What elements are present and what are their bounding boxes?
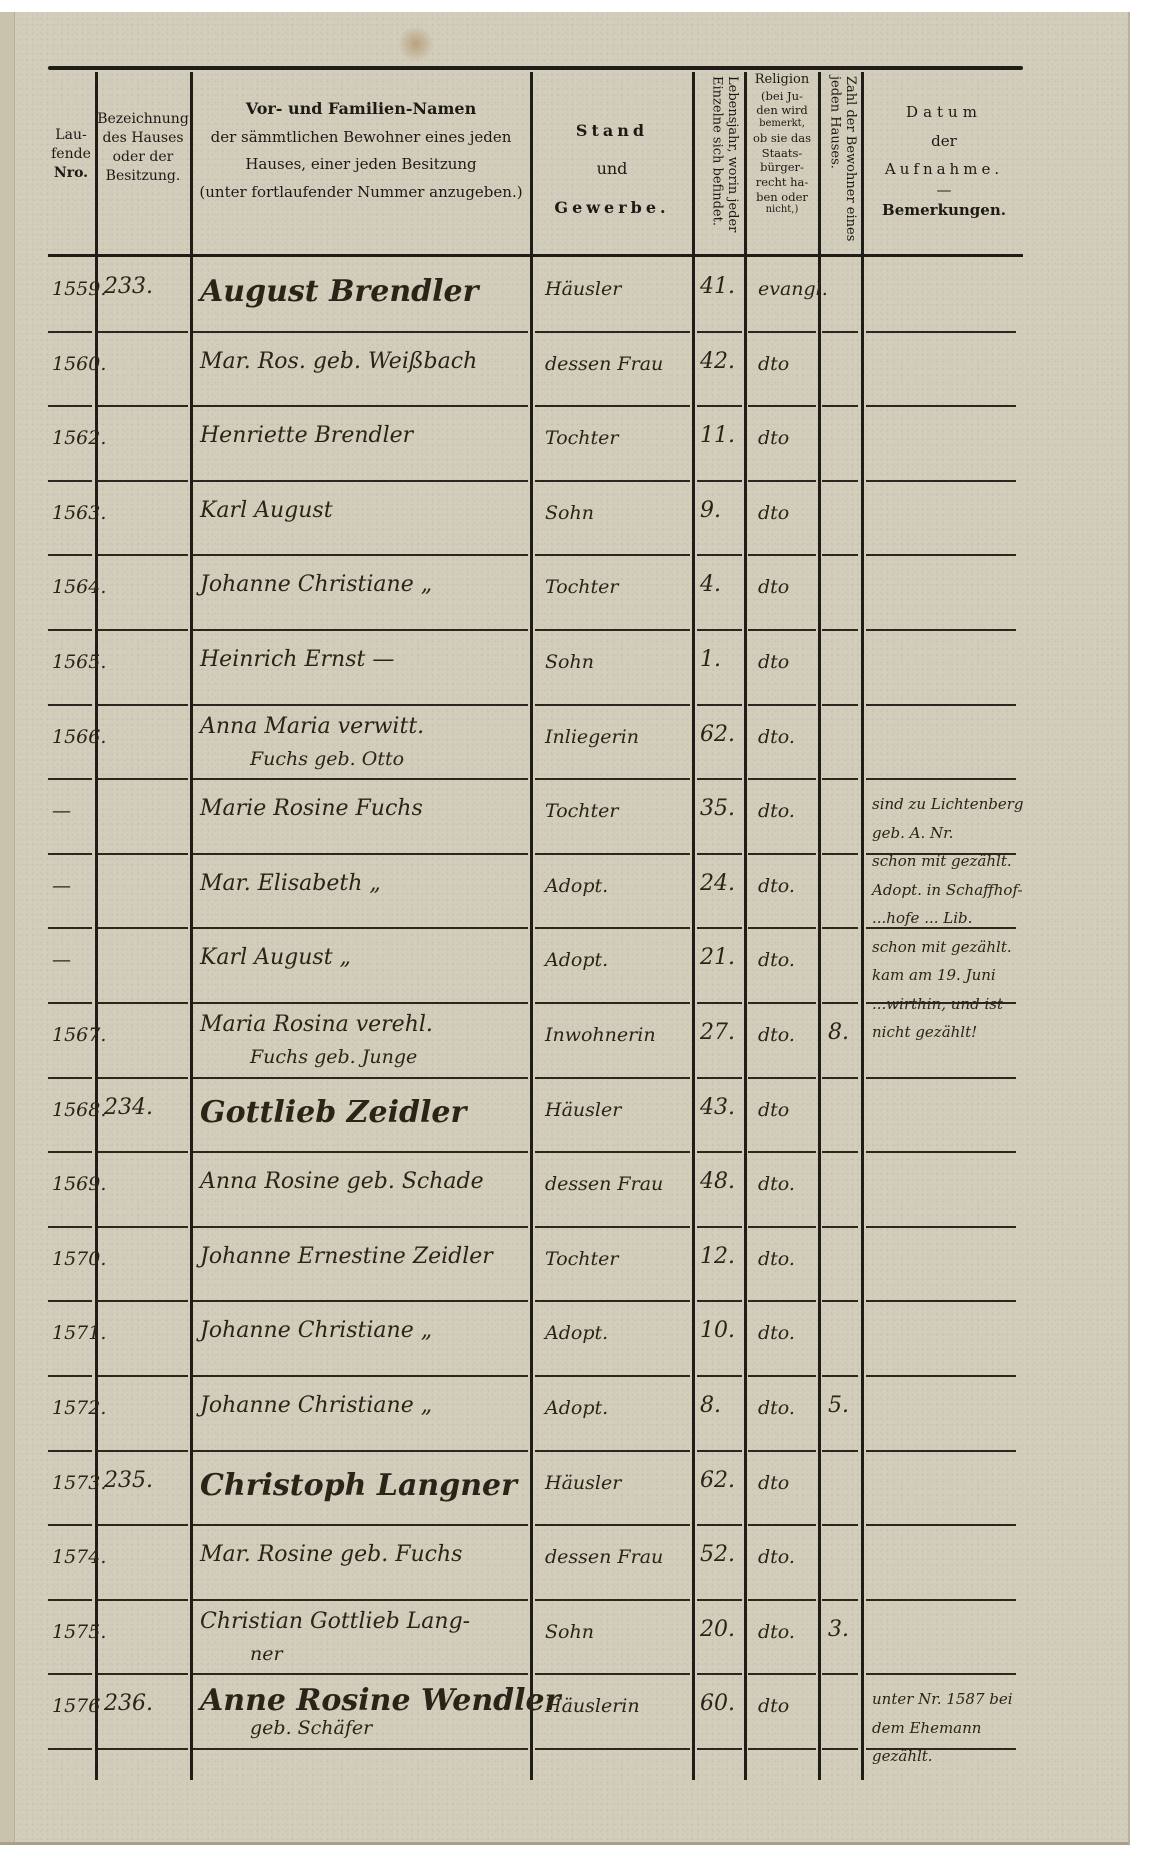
row-rule: [822, 554, 858, 556]
remark-line: schon mit gezählt.: [872, 847, 1024, 876]
row-rule: [98, 927, 188, 929]
row-rule: [822, 480, 858, 482]
age: 21.: [700, 945, 735, 970]
header-text: fende: [48, 145, 94, 164]
row-rule: [822, 1599, 858, 1601]
row-rule: [98, 1673, 188, 1675]
row-rule: [98, 1375, 188, 1377]
row-rule: [48, 554, 92, 556]
row-rule: [193, 1524, 528, 1526]
resident-name-continued: ner: [250, 1643, 283, 1665]
header-text: Lau-: [48, 126, 94, 145]
header-text: Besitzung.: [97, 167, 189, 186]
row-rule: [48, 1375, 92, 1377]
header-namen: Vor- und Familien-Namen der sämmtlichen …: [192, 94, 530, 207]
row-rule: [748, 1002, 816, 1004]
header-text: Staats-: [746, 146, 818, 161]
header-text: den wird: [746, 103, 818, 118]
header-haus: Bezeichnung des Hauses oder der Besitzun…: [97, 110, 189, 186]
religion: evangl.: [758, 278, 828, 300]
row-number: 1562.: [52, 427, 106, 449]
occupation: Tochter: [545, 1248, 618, 1270]
religion: dto.: [758, 1397, 795, 1419]
remark-line: nicht gezählt!: [872, 1018, 1024, 1047]
header-text: Bezeichnung: [97, 110, 189, 129]
row-rule: [866, 480, 1016, 482]
resident-name: Heinrich Ernst —: [200, 647, 394, 672]
row-rule: [822, 778, 858, 780]
resident-name: Mar. Rosine geb. Fuchs: [200, 1542, 462, 1567]
row-rule: [193, 704, 528, 706]
header-text: Stand: [532, 112, 692, 150]
age: 62.: [700, 722, 735, 747]
row-rule: [866, 1375, 1016, 1377]
row-rule: [98, 405, 188, 407]
row-rule: [748, 629, 816, 631]
header-bottom-rule: [48, 254, 1023, 257]
header-text: und: [532, 150, 692, 188]
row-rule: [535, 1226, 690, 1228]
row-rule: [48, 1524, 92, 1526]
row-number: 1576: [52, 1695, 100, 1717]
occupation: Adopt.: [545, 1322, 608, 1344]
row-rule: [535, 1599, 690, 1601]
religion: dto.: [758, 800, 795, 822]
row-rule: [48, 1673, 92, 1675]
row-rule: [822, 1748, 858, 1750]
row-rule: [193, 1599, 528, 1601]
row-number: —: [52, 875, 71, 897]
row-rule: [48, 1450, 92, 1452]
row-rule: [48, 1151, 92, 1153]
occupation: Tochter: [545, 800, 618, 822]
age: 20.: [700, 1617, 735, 1642]
row-rule: [98, 554, 188, 556]
row-rule: [98, 1450, 188, 1452]
row-rule: [822, 629, 858, 631]
remark-line: dem Ehemann: [872, 1714, 1013, 1743]
row-rule: [697, 704, 742, 706]
row-rule: [98, 704, 188, 706]
age: 62.: [700, 1468, 735, 1493]
row-rule: [48, 927, 92, 929]
row-rule: [748, 1450, 816, 1452]
resident-name: Karl August: [200, 498, 333, 523]
row-rule: [822, 1151, 858, 1153]
row-rule: [193, 405, 528, 407]
col-divider-4: [692, 72, 695, 1780]
religion: dto: [758, 427, 789, 449]
row-rule: [535, 1748, 690, 1750]
house-number: 236.: [104, 1691, 153, 1716]
row-rule: [193, 1450, 528, 1452]
row-rule: [822, 1524, 858, 1526]
row-rule: [535, 1375, 690, 1377]
resident-name: Anna Rosine geb. Schade: [200, 1169, 484, 1194]
row-rule: [535, 1450, 690, 1452]
row-rule: [98, 629, 188, 631]
remark-note: sind zu Lichtenberggeb. A. Nr.schon mit …: [872, 790, 1024, 1047]
row-rule: [697, 629, 742, 631]
religion: dto.: [758, 1546, 795, 1568]
row-rule: [48, 331, 92, 333]
row-rule: [535, 704, 690, 706]
row-rule: [535, 405, 690, 407]
row-rule: [98, 1748, 188, 1750]
occupation: Häuslerin: [545, 1695, 640, 1717]
row-rule: [866, 1151, 1016, 1153]
row-rule: [822, 853, 858, 855]
row-rule: [866, 1599, 1016, 1601]
row-rule: [193, 629, 528, 631]
row-rule: [98, 853, 188, 855]
resident-name: Christian Gottlieb Lang-: [200, 1609, 470, 1634]
row-number: 1563.: [52, 502, 106, 524]
row-rule: [48, 1599, 92, 1601]
row-number: —: [52, 800, 71, 822]
age: 10.: [700, 1318, 735, 1343]
row-rule: [535, 853, 690, 855]
row-rule: [697, 1599, 742, 1601]
row-rule: [697, 331, 742, 333]
row-rule: [748, 704, 816, 706]
row-rule: [822, 1226, 858, 1228]
row-rule: [193, 1077, 528, 1079]
row-rule: [866, 554, 1016, 556]
row-rule: [697, 1077, 742, 1079]
row-rule: [866, 1524, 1016, 1526]
age: 48.: [700, 1169, 735, 1194]
row-rule: [866, 1300, 1016, 1302]
row-rule: [193, 853, 528, 855]
row-rule: [822, 1300, 858, 1302]
row-rule: [535, 629, 690, 631]
row-rule: [697, 778, 742, 780]
row-rule: [822, 405, 858, 407]
religion: dto: [758, 502, 789, 524]
age: 42.: [700, 349, 735, 374]
header-lfd-nr: Lau- fende Nro.: [48, 126, 94, 183]
header-text: —: [864, 184, 1024, 196]
religion: dto: [758, 651, 789, 673]
row-rule: [193, 1151, 528, 1153]
row-rule: [697, 480, 742, 482]
row-rule: [748, 405, 816, 407]
row-rule: [98, 1300, 188, 1302]
header-datum: Datum der Aufnahme. — Bemerkungen.: [864, 98, 1024, 224]
col-divider-5: [744, 72, 747, 1780]
house-number: 235.: [104, 1468, 153, 1493]
age: 27.: [700, 1020, 735, 1045]
row-rule: [48, 1002, 92, 1004]
row-number: 1569.: [52, 1173, 106, 1195]
resident-name: Marie Rosine Fuchs: [200, 796, 423, 821]
resident-name-continued: geb. Schäfer: [250, 1717, 372, 1739]
age: 60.: [700, 1691, 735, 1716]
religion: dto.: [758, 1024, 795, 1046]
row-rule: [697, 1524, 742, 1526]
row-rule: [822, 704, 858, 706]
row-rule: [748, 778, 816, 780]
row-number: 1575.: [52, 1621, 106, 1643]
header-text: oder der: [97, 148, 189, 167]
header-text: ob sie das: [746, 131, 818, 146]
religion: dto.: [758, 1248, 795, 1270]
header-religion: Religion (bei Ju- den wird bemerkt, ob s…: [746, 72, 818, 217]
household-count: 3.: [828, 1617, 849, 1642]
row-rule: [193, 1226, 528, 1228]
row-rule: [193, 1375, 528, 1377]
age: 11.: [700, 423, 735, 448]
religion: dto: [758, 1472, 789, 1494]
row-rule: [748, 1375, 816, 1377]
row-rule: [748, 480, 816, 482]
row-rule: [748, 1524, 816, 1526]
house-number: 233.: [104, 274, 153, 299]
row-rule: [697, 927, 742, 929]
row-rule: [535, 1077, 690, 1079]
resident-name: Karl August „: [200, 945, 351, 970]
row-rule: [822, 1450, 858, 1452]
row-rule: [822, 1077, 858, 1079]
header-text: Religion: [746, 72, 818, 89]
row-rule: [535, 1300, 690, 1302]
header-text: (unter fortlaufender Nummer anzugeben.): [192, 179, 530, 207]
header-text: Aufnahme.: [864, 155, 1024, 184]
row-number: 1568.: [52, 1099, 106, 1121]
row-rule: [535, 778, 690, 780]
row-rule: [697, 1450, 742, 1452]
remark-note: unter Nr. 1587 beidem Ehemanngezählt.: [872, 1685, 1013, 1771]
row-rule: [866, 778, 1016, 780]
occupation: Adopt.: [545, 875, 608, 897]
religion: dto: [758, 576, 789, 598]
age: 4.: [700, 572, 721, 597]
row-rule: [48, 1226, 92, 1228]
row-rule: [535, 480, 690, 482]
row-rule: [697, 1002, 742, 1004]
row-rule: [697, 1748, 742, 1750]
household-count: 8.: [828, 1020, 849, 1045]
row-number: 1574.: [52, 1546, 106, 1568]
row-rule: [98, 778, 188, 780]
col-divider-7: [861, 72, 864, 1780]
row-rule: [193, 331, 528, 333]
religion: dto.: [758, 949, 795, 971]
row-number: —: [52, 949, 71, 971]
age: 41.: [700, 274, 735, 299]
resident-name: Maria Rosina verehl.: [200, 1012, 433, 1037]
col-divider-6: [818, 72, 821, 1780]
row-rule: [748, 331, 816, 333]
occupation: Tochter: [545, 576, 618, 598]
row-rule: [193, 778, 528, 780]
remark-line: kam am 19. Juni: [872, 961, 1024, 990]
row-rule: [866, 331, 1016, 333]
row-rule: [697, 1300, 742, 1302]
row-rule: [535, 331, 690, 333]
row-rule: [98, 1077, 188, 1079]
row-rule: [535, 1002, 690, 1004]
row-rule: [193, 1748, 528, 1750]
row-rule: [822, 1375, 858, 1377]
row-rule: [748, 1151, 816, 1153]
header-text: Bemerkungen.: [864, 196, 1024, 225]
row-rule: [822, 1673, 858, 1675]
row-rule: [866, 1226, 1016, 1228]
header-text: der sämmtlichen Bewohner eines jeden: [192, 124, 530, 152]
header-stand: Stand und Gewerbe.: [532, 112, 692, 227]
header-text: der: [864, 127, 1024, 156]
resident-name-continued: Fuchs geb. Junge: [250, 1046, 417, 1068]
row-rule: [748, 1748, 816, 1750]
resident-name: Anna Maria verwitt.: [200, 714, 424, 739]
header-text: Nro.: [48, 164, 94, 183]
header-text: bürger-: [746, 160, 818, 175]
household-count: 5.: [828, 1393, 849, 1418]
resident-name: Henriette Brendler: [200, 423, 413, 448]
religion: dto: [758, 1695, 789, 1717]
age: 35.: [700, 796, 735, 821]
religion: dto: [758, 1099, 789, 1121]
row-number: 1573.: [52, 1472, 106, 1494]
religion: dto.: [758, 1322, 795, 1344]
row-rule: [822, 927, 858, 929]
row-rule: [866, 629, 1016, 631]
header-alter: Lebensjahr, worin jeder Einzelne sich be…: [698, 76, 740, 250]
age: 9.: [700, 498, 721, 523]
row-rule: [697, 405, 742, 407]
row-rule: [748, 853, 816, 855]
row-rule: [98, 331, 188, 333]
row-number: 1565.: [52, 651, 106, 673]
row-rule: [48, 405, 92, 407]
age: 8.: [700, 1393, 721, 1418]
row-rule: [822, 331, 858, 333]
occupation: Adopt.: [545, 949, 608, 971]
col-divider-3: [530, 72, 533, 1780]
header-text: recht ha-: [746, 175, 818, 190]
resident-name: Anne Rosine Wendler: [200, 1683, 530, 1718]
remark-line: schon mit gezählt.: [872, 933, 1024, 962]
row-rule: [866, 1450, 1016, 1452]
occupation: Sohn: [545, 651, 594, 673]
row-rule: [697, 1375, 742, 1377]
occupation: Sohn: [545, 502, 594, 524]
row-number: 1566.: [52, 726, 106, 748]
row-rule: [535, 554, 690, 556]
resident-name: Johanne Christiane „: [200, 1318, 432, 1343]
religion: dto.: [758, 1173, 795, 1195]
header-zahl: Zahl der Bewohner eines jeden Hauses.: [824, 76, 858, 250]
row-number: 1567.: [52, 1024, 106, 1046]
row-number: 1564.: [52, 576, 106, 598]
row-rule: [748, 1226, 816, 1228]
row-rule: [697, 1226, 742, 1228]
resident-name: August Brendler: [200, 274, 478, 309]
remark-line: unter Nr. 1587 bei: [872, 1685, 1013, 1714]
row-rule: [697, 1151, 742, 1153]
age: 52.: [700, 1542, 735, 1567]
row-rule: [748, 1673, 816, 1675]
resident-name: Johanne Christiane „: [200, 572, 432, 597]
religion: dto.: [758, 875, 795, 897]
resident-name: Mar. Ros. geb. Weißbach: [200, 349, 477, 374]
row-rule: [48, 1077, 92, 1079]
occupation: Inliegerin: [545, 726, 639, 748]
resident-name: Johanne Christiane „: [200, 1393, 432, 1418]
row-rule: [193, 1300, 528, 1302]
header-text: nicht,): [746, 204, 818, 217]
row-rule: [48, 704, 92, 706]
row-rule: [98, 1002, 188, 1004]
row-rule: [697, 1673, 742, 1675]
row-rule: [748, 927, 816, 929]
header-text: Vor- und Familien-Namen: [192, 94, 530, 124]
occupation: Häusler: [545, 1472, 621, 1494]
row-rule: [748, 1599, 816, 1601]
row-rule: [866, 704, 1016, 706]
row-rule: [193, 480, 528, 482]
row-rule: [48, 480, 92, 482]
row-number: 1559.: [52, 278, 106, 300]
row-rule: [48, 853, 92, 855]
remark-line: gezählt.: [872, 1742, 1013, 1771]
row-number: 1570.: [52, 1248, 106, 1270]
paper-stain: [398, 26, 434, 62]
religion: dto.: [758, 726, 795, 748]
occupation: Sohn: [545, 1621, 594, 1643]
row-rule: [748, 554, 816, 556]
header-text: Datum: [864, 98, 1024, 127]
row-rule: [535, 1673, 690, 1675]
row-rule: [822, 1002, 858, 1004]
remark-line: ...wirthin, und ist: [872, 990, 1024, 1019]
age: 1.: [700, 647, 721, 672]
occupation: Tochter: [545, 427, 618, 449]
occupation: Häusler: [545, 278, 621, 300]
occupation: Inwohnerin: [545, 1024, 656, 1046]
row-rule: [98, 1524, 188, 1526]
row-rule: [866, 405, 1016, 407]
occupation: dessen Frau: [545, 1173, 663, 1195]
remark-line: geb. A. Nr.: [872, 819, 1024, 848]
row-rule: [535, 1524, 690, 1526]
row-number: 1560.: [52, 353, 106, 375]
row-rule: [98, 480, 188, 482]
header-text: des Hauses: [97, 129, 189, 148]
row-rule: [98, 1151, 188, 1153]
row-rule: [48, 1300, 92, 1302]
row-rule: [98, 1226, 188, 1228]
age: 12.: [700, 1244, 735, 1269]
row-rule: [697, 554, 742, 556]
resident-name: Gottlieb Zeidler: [200, 1095, 466, 1130]
header-text: ben oder: [746, 190, 818, 205]
resident-name-continued: Fuchs geb. Otto: [250, 748, 404, 770]
occupation: dessen Frau: [545, 1546, 663, 1568]
occupation: Adopt.: [545, 1397, 608, 1419]
header-text: (bei Ju-: [746, 89, 818, 104]
row-rule: [48, 629, 92, 631]
page-binding-edge: [0, 12, 15, 1842]
age: 43.: [700, 1095, 735, 1120]
age: 24.: [700, 871, 735, 896]
row-number: 1571.: [52, 1322, 106, 1344]
resident-name: Christoph Langner: [200, 1468, 517, 1503]
religion: dto: [758, 353, 789, 375]
row-rule: [193, 1673, 528, 1675]
